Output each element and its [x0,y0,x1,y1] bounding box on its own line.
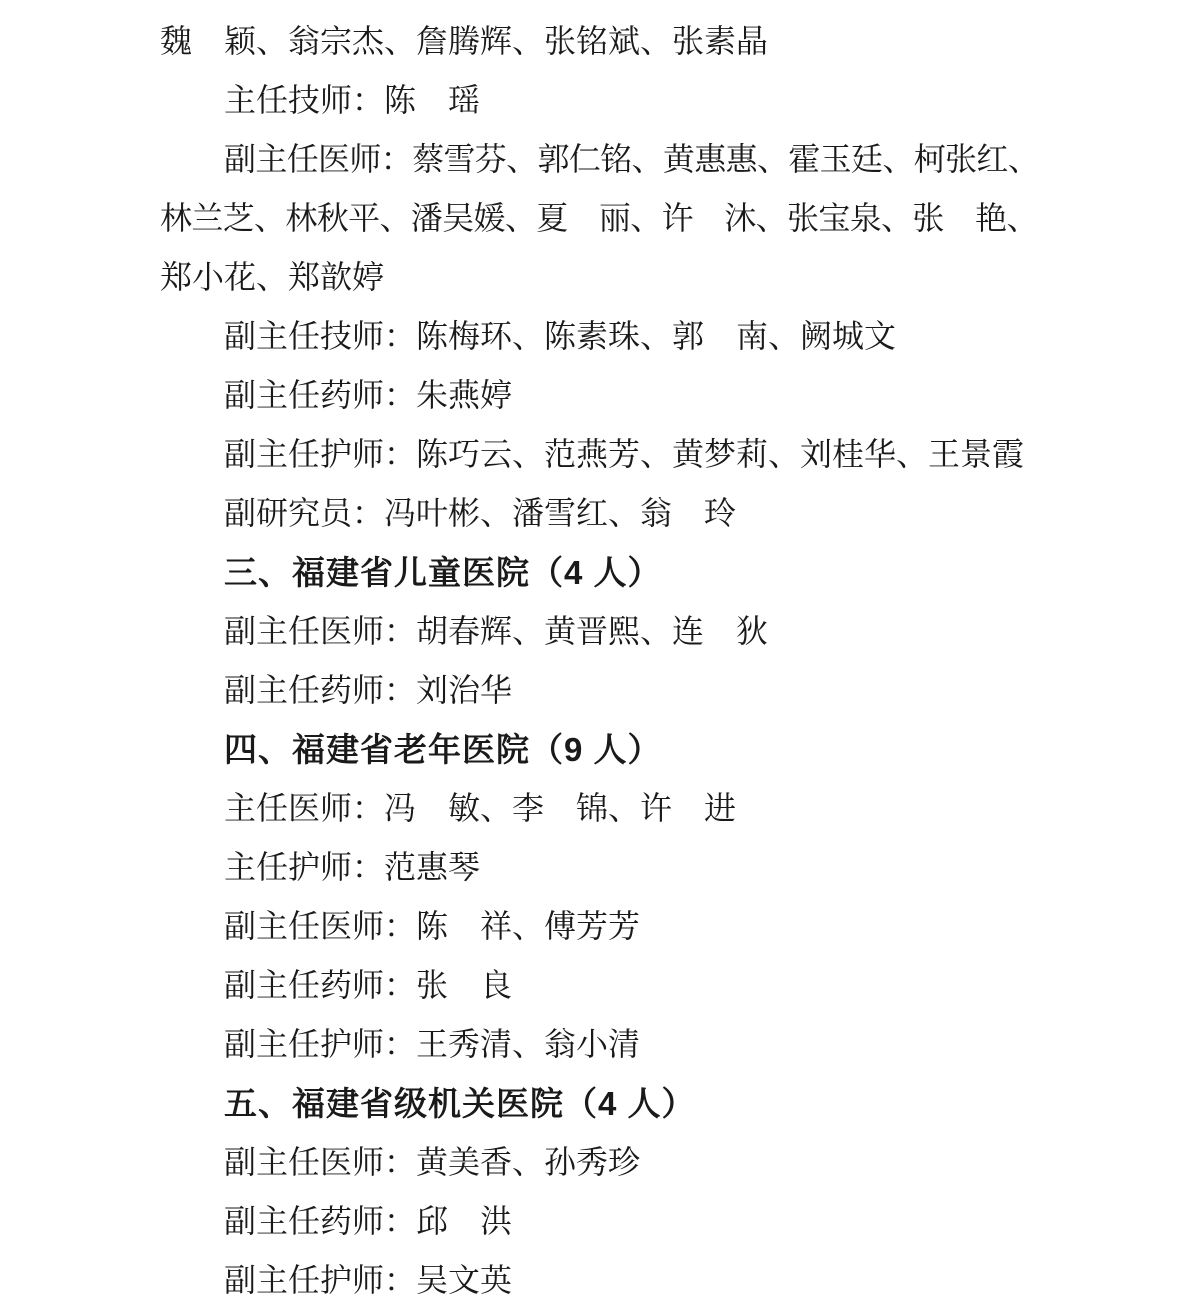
text-line: 副研究员：冯叶彬、潘雪红、翁 玲 [160,484,1060,543]
text-line: 副主任药师：刘治华 [160,661,1060,720]
text-line: 副主任护师：吴文英 [160,1251,1060,1310]
text-line: 副主任药师：朱燕婷 [160,366,1060,425]
text-line: 副主任护师：王秀清、翁小清 [160,1015,1060,1074]
text-line: 副主任医师：胡春辉、黄晋熙、连 狄 [160,602,1060,661]
section-heading: 三、福建省儿童医院（4 人） [160,543,1060,602]
text-line: 副主任护师：陈巧云、范燕芳、黄梦莉、刘桂华、王景霞 [160,425,1060,484]
text-line: 主任技师：陈 瑶 [160,71,1060,130]
text-line: 主任医师：冯 敏、李 锦、许 进 [160,779,1060,838]
text-line: 魏 颖、翁宗杰、詹腾辉、张铭斌、张素晶 [160,12,1060,71]
text-line: 林兰芝、林秋平、潘吴媛、夏 丽、许 沐、张宝泉、张 艳、 [160,189,1060,248]
text-line: 副主任医师：黄美香、孙秀珍 [160,1133,1060,1192]
text-line: 郑小花、郑歆婷 [160,248,1060,307]
text-line: 副主任技师：陈梅环、陈素珠、郭 南、阙城文 [160,307,1060,366]
text-line: 副主任药师：邱 洪 [160,1192,1060,1251]
text-line: 主任护师：范惠琴 [160,838,1060,897]
text-line: 副主任药师：张 良 [160,956,1060,1015]
document-page: 魏 颖、翁宗杰、詹腾辉、张铭斌、张素晶 主任技师：陈 瑶 副主任医师：蔡雪芬、郭… [0,0,1190,1313]
section-heading: 五、福建省级机关医院（4 人） [160,1074,1060,1133]
text-line: 副主任医师：陈 祥、傅芳芳 [160,897,1060,956]
section-heading: 四、福建省老年医院（9 人） [160,720,1060,779]
text-line: 副主任医师：蔡雪芬、郭仁铭、黄惠惠、霍玉廷、柯张红、 [160,130,1060,189]
